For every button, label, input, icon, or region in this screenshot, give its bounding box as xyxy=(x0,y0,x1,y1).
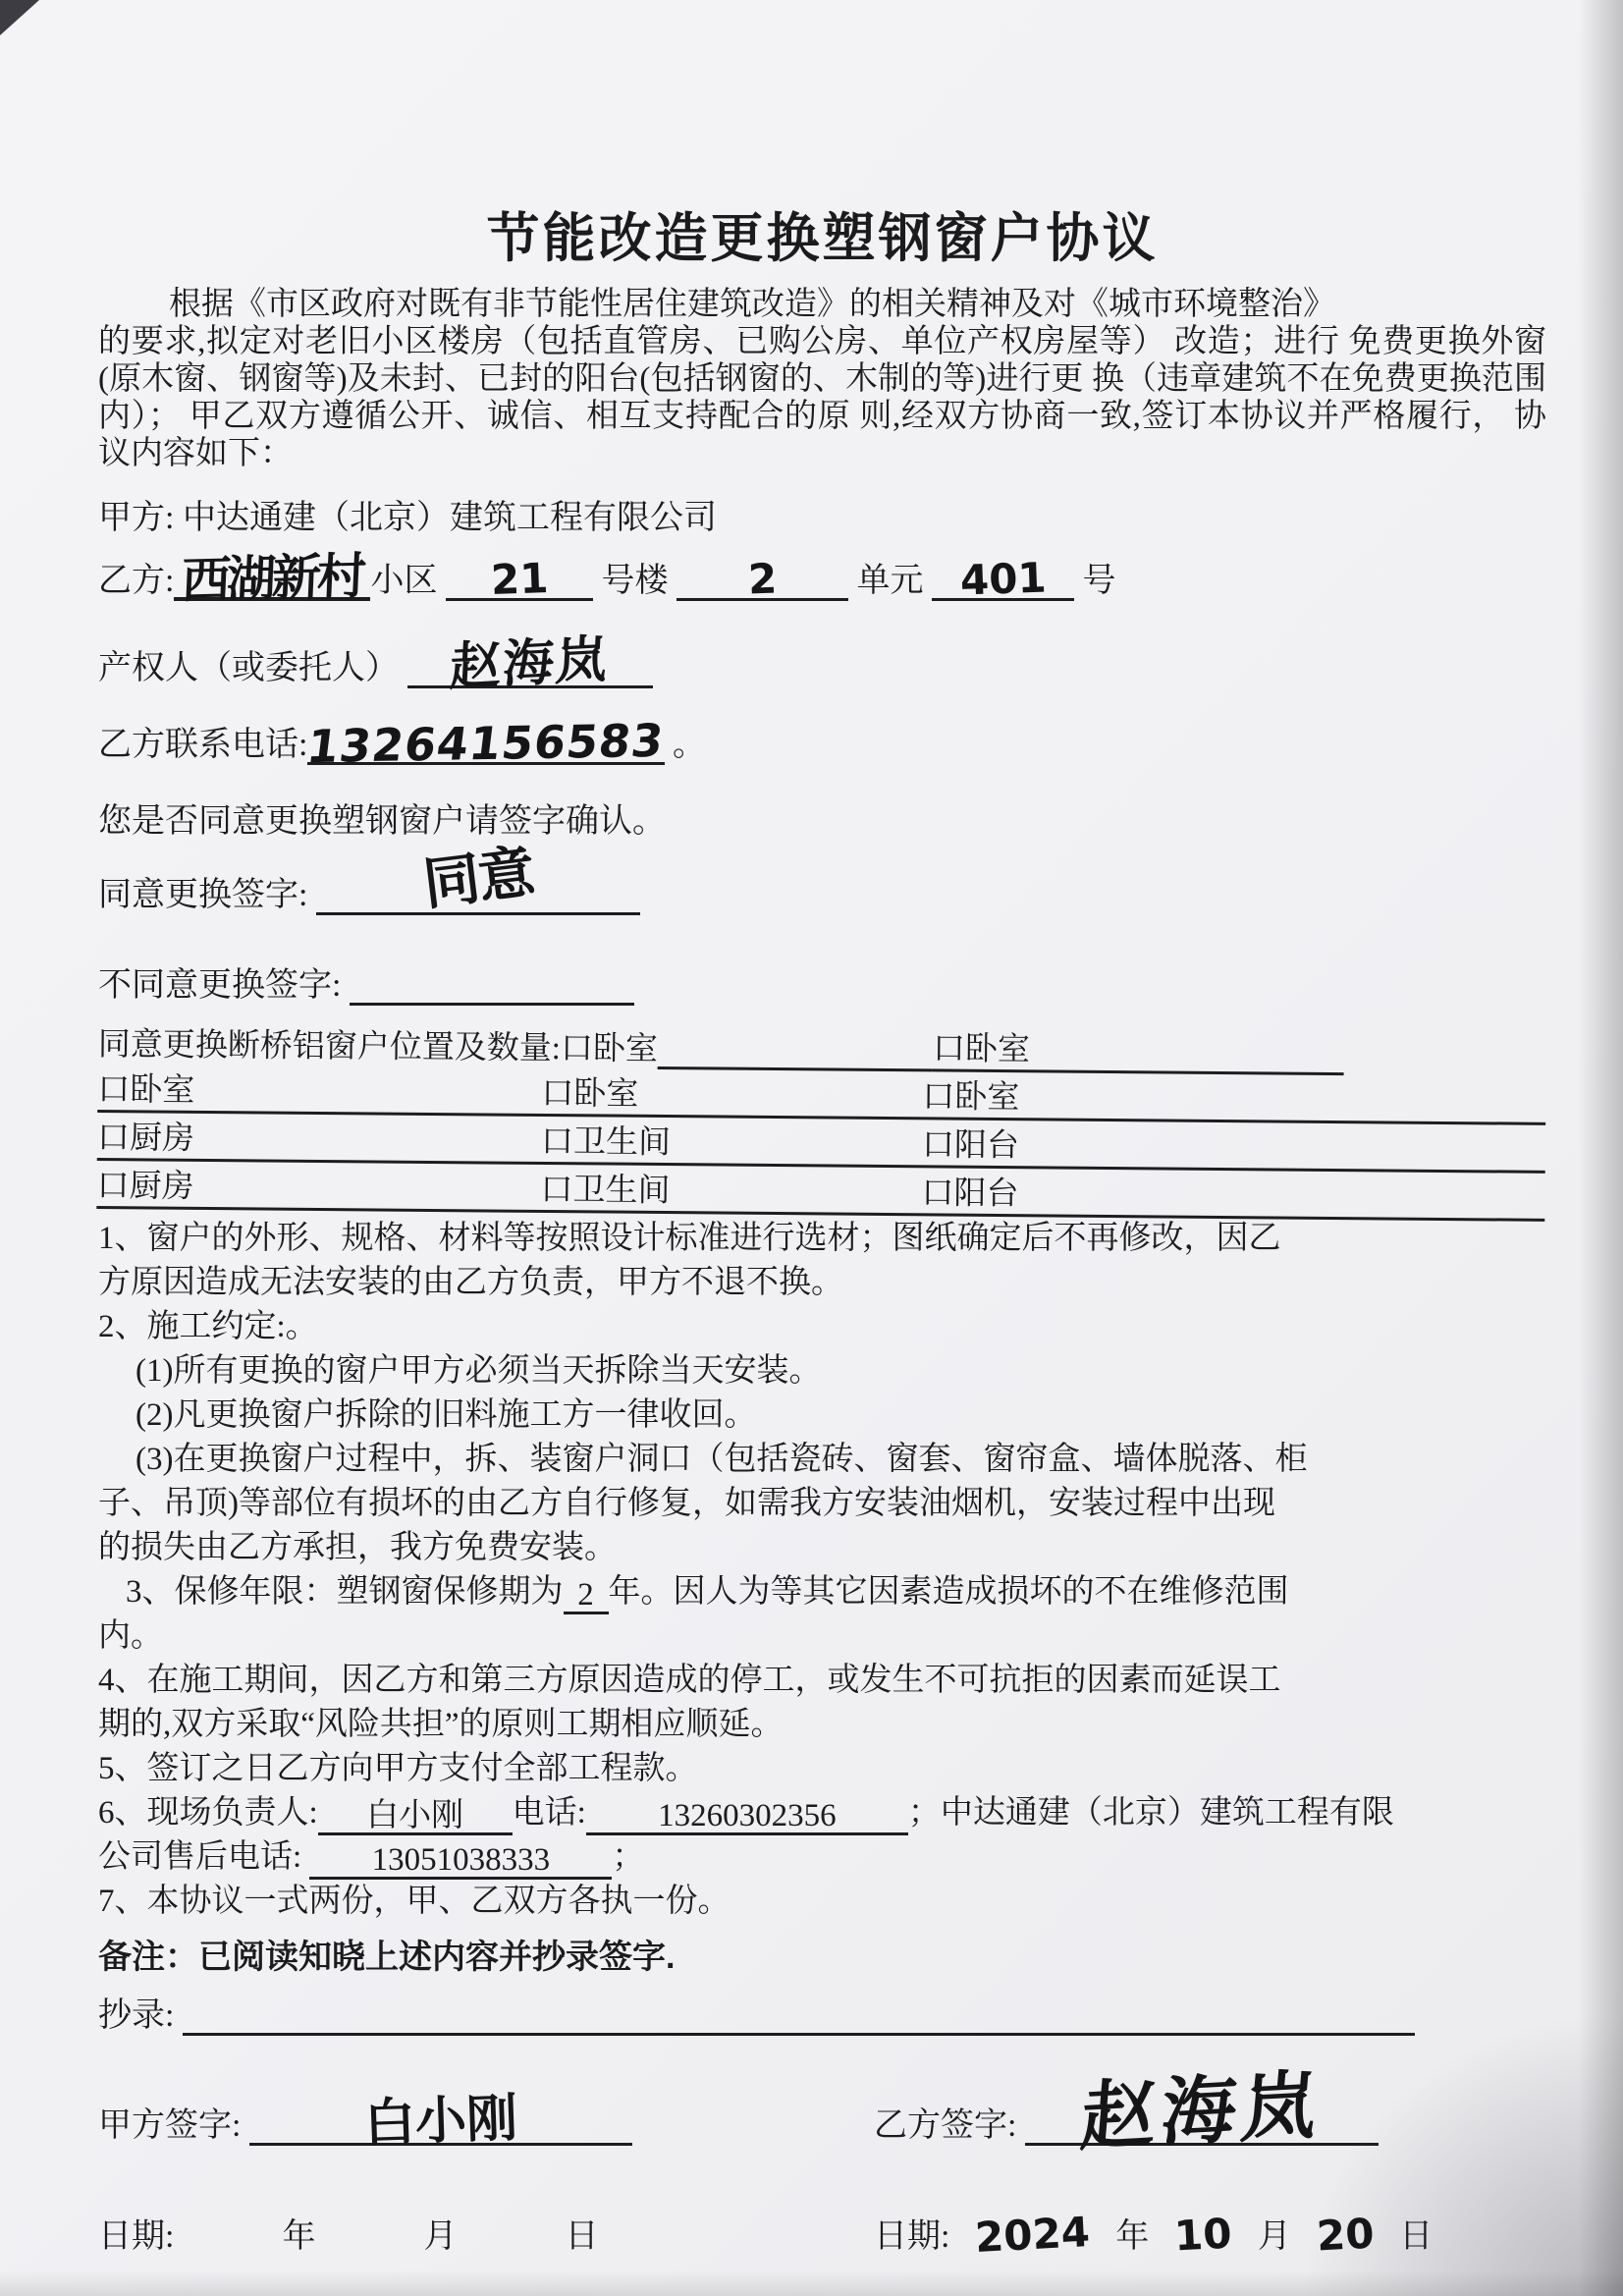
party-b-month-label: 月 xyxy=(1258,2209,1291,2257)
warranty-years-field: 2 xyxy=(564,1579,609,1614)
party-b-label: 乙方: xyxy=(98,563,174,599)
clause-1-line1: 1、窗户的外形、规格、材料等按照设计标准进行选材；图纸确定后不再修改，因乙 xyxy=(98,1217,1546,1261)
party-b-signature-field: 赵海岚 xyxy=(1025,2104,1379,2146)
clause-6-line1: 6、现场负责人:白小刚电话:13260302356；中达通建（北京）建筑工程有限 xyxy=(98,1791,1546,1835)
disagree-signature-field xyxy=(350,965,634,1006)
document-title: 节能改造更换塑钢窗户协议 xyxy=(98,196,1546,272)
transcription-label: 抄录: xyxy=(98,1997,174,2034)
clause-6-label: 6、现场负责人: xyxy=(98,1795,318,1831)
clause-3-prefix: 3、保修年限：塑钢窗保修期为 xyxy=(126,1574,564,1610)
clause-3-line1: 3、保修年限：塑钢窗保修期为2年。因人为等其它因素造成损坏的不在维修范围 xyxy=(98,1570,1546,1614)
scanned-contract-page: 节能改造更换塑钢窗户协议 根据《市区政府对既有非节能性居住建筑改造》的相关精神及… xyxy=(0,0,1623,2296)
agree-signature-handwriting: 同意 xyxy=(420,843,536,912)
building-label: 号楼 xyxy=(601,563,668,599)
party-b-month-handwriting: 10 xyxy=(1173,2210,1233,2261)
clause-4-line1: 4、在施工期间，因乙方和第三方原因造成的停工，或发生不可抗拒的因素而延误工 xyxy=(98,1659,1546,1703)
table-cell: 口卫生间 xyxy=(541,1116,922,1165)
unit-no-field: 2 xyxy=(676,557,848,601)
clause-2-3-line2: 子、吊顶)等部位有损坏的由乙方自行修复，如需我方安装油烟机，安装过程中出现 xyxy=(98,1482,1546,1526)
disagree-label: 不同意更换签字: xyxy=(98,967,341,1004)
table-cell: 口厨房 xyxy=(97,1112,541,1162)
party-b-date-label: 日期: xyxy=(874,2209,949,2257)
room-label: 号 xyxy=(1082,563,1115,599)
confirm-prompt: 您是否同意更换塑钢窗户请签字确认。 xyxy=(98,793,1546,842)
clauses-section: 1、窗户的外形、规格、材料等按照设计标准进行选材；图纸确定后不再修改，因乙 方原… xyxy=(98,1217,1546,1924)
building-no-handwriting: 21 xyxy=(490,558,549,601)
after-sales-phone: 13051038333 xyxy=(372,1842,551,1878)
party-b-year-handwriting: 2024 xyxy=(974,2208,1091,2262)
clause-6-phone-label: 电话: xyxy=(513,1795,586,1831)
table-cell: 口卧室 xyxy=(541,1067,922,1117)
intro-line: 的要求,拟定对老旧小区楼房（包括直管房、已购公房、单位产权房屋等） 改造；进行 xyxy=(98,324,1340,359)
intro-paragraph: 根据《市区政府对既有非节能性居住建筑改造》的相关精神及对《城市环境整治》 的要求… xyxy=(98,286,1546,472)
party-b-signature-handwriting: 赵海岚 xyxy=(1078,2067,1325,2155)
table-cell: 口阳台 xyxy=(921,1167,1544,1219)
clause-2-3-line3: 的损失由乙方承担，我方免费安装。 xyxy=(98,1526,1546,1570)
party-b-year-label: 年 xyxy=(1115,2209,1149,2257)
agree-signature-line: 同意更换签字: 同意 xyxy=(98,867,1546,932)
party-b-signature-block: 乙方签字: 赵海岚 xyxy=(874,2098,1379,2146)
agree-label: 同意更换签字: xyxy=(98,877,307,913)
unit-label: 单元 xyxy=(856,563,923,599)
date-row: 日期: 年 月 日 日期: 2024 年 10 月 20 日 xyxy=(98,2209,1546,2257)
document-content: 节能改造更换塑钢窗户协议 根据《市区政府对既有非节能性居住建筑改造》的相关精神及… xyxy=(98,196,1546,2257)
owner-label: 产权人（或委托人） xyxy=(98,650,399,686)
owner-field: 赵海岚 xyxy=(407,634,653,688)
contact-phone-handwriting: 13264156583 xyxy=(305,718,668,769)
clause-2-2: (2)凡更换窗户拆除的旧料施工方一律收回。 xyxy=(98,1394,1546,1438)
community-handwriting: 西湖新村 xyxy=(181,552,363,606)
table-row: 口厨房 口卫生间 口阳台 xyxy=(96,1161,1544,1222)
clause-2-3-line1: (3)在更换窗户过程中，拆、装窗户洞口（包括瓷砖、窗套、窗帘盒、墙体脱落、柜 xyxy=(98,1438,1546,1482)
party-a-signature-handwriting: 白小刚 xyxy=(363,2093,518,2149)
site-manager-name: 白小刚 xyxy=(366,1798,463,1833)
table-header-label: 同意更换断桥铝窗户位置及数量: xyxy=(98,1018,562,1068)
clause-5: 5、签订之日乙方向甲方支付全部工程款。 xyxy=(98,1747,1546,1791)
party-b-signature-label: 乙方签字: xyxy=(874,2107,1016,2144)
unit-no-handwriting: 2 xyxy=(747,559,778,601)
party-a-signature-block: 甲方签字: 白小刚 xyxy=(98,2098,874,2146)
site-manager-field: 白小刚 xyxy=(318,1800,513,1835)
party-a-signature-label: 甲方签字: xyxy=(98,2107,241,2144)
party-a-line: 甲方: 中达通建（北京）建筑工程有限公司 xyxy=(98,490,1546,538)
clause-2-1: (1)所有更换的窗户甲方必须当天拆除当天安装。 xyxy=(98,1349,1546,1394)
clause-6-end: ； xyxy=(612,1839,644,1875)
community-field: 西湖新村 xyxy=(174,548,370,601)
table-cell: 口卧室 xyxy=(97,1064,541,1114)
table-header-cell2: 口卧室 xyxy=(933,1022,1344,1075)
table-cell: 口阳台 xyxy=(922,1119,1545,1171)
community-suffix: 小区 xyxy=(370,563,437,599)
disagree-signature-line: 不同意更换签字: xyxy=(98,957,1546,1006)
window-location-table: 同意更换断桥铝窗户位置及数量:口卧室口卧室 口卧室 口卧室 口卧室 口厨房 口卫… xyxy=(96,1021,1546,1222)
transcription-line: 抄录: xyxy=(98,1988,1546,2043)
party-b-day-label: 日 xyxy=(1399,2209,1433,2257)
owner-line: 产权人（或委托人） 赵海岚 xyxy=(98,634,1546,693)
building-no-field: 21 xyxy=(446,557,593,601)
table-header-cell1: 口卧室 xyxy=(561,1022,658,1069)
remark-line: 备注：已阅读知晓上述内容并抄录签字. xyxy=(98,1930,1546,1978)
table-cell: 口卫生间 xyxy=(540,1164,921,1213)
clause-4-line2: 期的,双方采取“风险共担”的原则工期相应顺延。 xyxy=(98,1703,1546,1747)
site-manager-phone-field: 13260302356 xyxy=(586,1800,908,1835)
party-a-date-block: 日期: 年 月 日 xyxy=(98,2209,874,2257)
owner-handwriting: 赵海岚 xyxy=(449,634,611,694)
party-a-signature-field: 白小刚 xyxy=(249,2104,632,2146)
party-a-day-label: 日 xyxy=(565,2209,598,2257)
party-a-name: 中达通建（北京）建筑工程有限公司 xyxy=(183,500,717,536)
contact-phone-label: 乙方联系电话: xyxy=(98,727,307,763)
room-no-handwriting: 401 xyxy=(959,557,1047,601)
intro-line: 根据《市区政府对既有非节能性居住建筑改造》的相关精神及对《城市环境整治》 xyxy=(98,286,1546,323)
scan-corner-artifact xyxy=(0,0,39,35)
clause-6-line2: 公司售后电话: 13051038333； xyxy=(98,1835,1546,1880)
transcription-field xyxy=(183,2033,1415,2036)
after-sales-label: 公司售后电话: xyxy=(98,1839,301,1875)
clause-3-suffix: 年。因人为等其它因素造成损坏的不在维修范围 xyxy=(609,1574,1289,1610)
party-b-line: 乙方:西湖新村小区 21 号楼 2 单元 401 号 xyxy=(98,548,1546,609)
clause-6-mid: ；中达通建（北京）建筑工程有限 xyxy=(908,1795,1394,1831)
warranty-years-value: 2 xyxy=(577,1577,594,1613)
room-no-field: 401 xyxy=(932,557,1074,601)
party-a-month-label: 月 xyxy=(423,2209,457,2257)
party-a-year-label: 年 xyxy=(282,2209,315,2257)
party-b-day-handwriting: 20 xyxy=(1316,2210,1376,2261)
table-cell: 口厨房 xyxy=(96,1160,540,1210)
party-a-label: 甲方: xyxy=(98,500,174,536)
party-b-date-block: 日期: 2024 年 10 月 20 日 xyxy=(874,2209,1433,2257)
scan-edge-shadow-right xyxy=(1578,0,1623,2296)
contact-phone-field: 13264156583 xyxy=(307,717,664,765)
signature-row: 甲方签字: 白小刚 乙方签字: 赵海岚 xyxy=(98,2098,1546,2146)
clause-3-line2: 内。 xyxy=(98,1614,1546,1659)
contact-phone-line: 乙方联系电话:13264156583 。 xyxy=(98,717,1546,774)
clause-1-line2: 方原因造成无法安装的由乙方负责，甲方不退不换。 xyxy=(98,1261,1546,1305)
clause-7: 7、本协议一式两份，甲、乙双方各执一份。 xyxy=(98,1880,1546,1924)
site-manager-phone: 13260302356 xyxy=(658,1798,837,1833)
after-sales-phone-field: 13051038333 xyxy=(309,1844,612,1880)
agree-signature-field: 同意 xyxy=(316,873,640,915)
table-cell: 口卧室 xyxy=(922,1070,1545,1122)
contact-phone-period: 。 xyxy=(673,727,706,763)
party-a-date-label: 日期: xyxy=(98,2209,174,2257)
clause-2: 2、施工约定:。 xyxy=(98,1305,1546,1349)
